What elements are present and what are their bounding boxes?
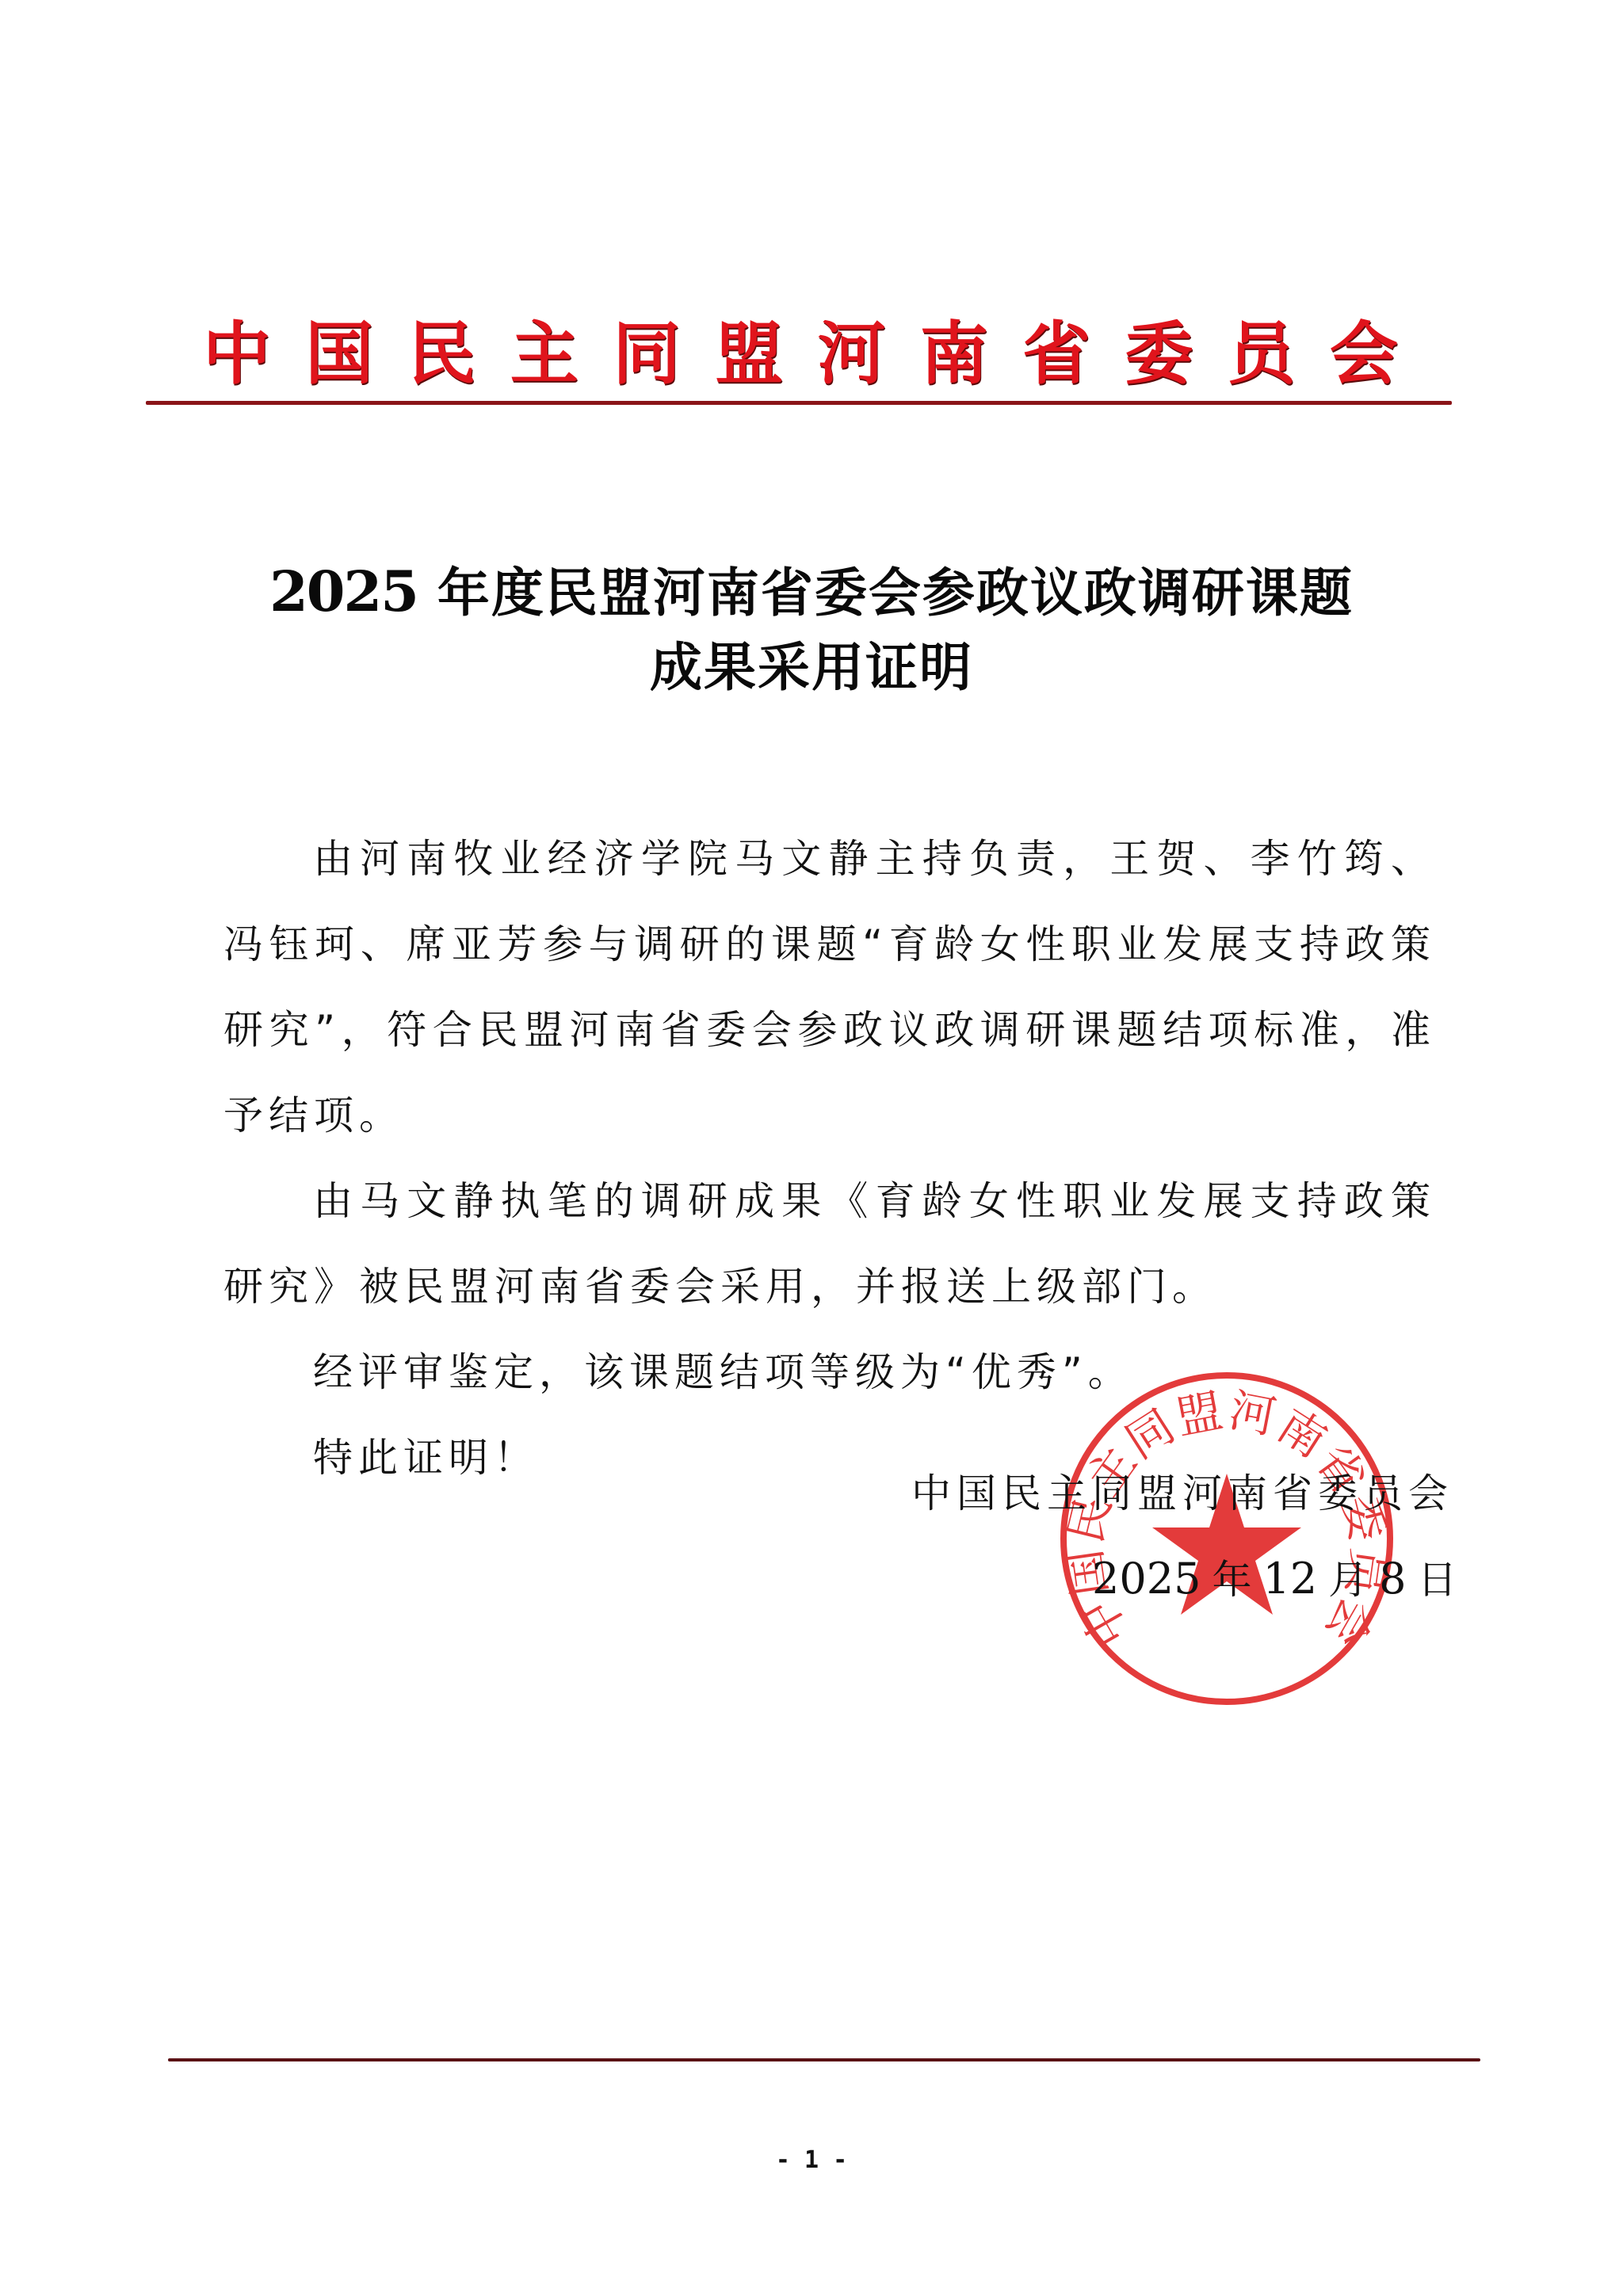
date-year: 2025 xyxy=(1092,1554,1201,1604)
letterhead-char: 主 xyxy=(510,320,579,388)
date-month-unit: 月 xyxy=(1328,1557,1368,1603)
letterhead-char: 国 xyxy=(305,320,373,388)
document-page: 中 国 民 主 同 盟 河 南 省 委 员 会 2025 年度民盟河南省委会参政… xyxy=(0,0,1623,2296)
letterhead: 中 国 民 主 同 盟 河 南 省 委 员 会 xyxy=(146,311,1453,398)
title-year: 2025 xyxy=(269,559,418,624)
document-title-line-1: 2025 年度民盟河南省委会参政议政调研课题 xyxy=(0,564,1623,620)
document-title-line-2: 成果采用证明 xyxy=(0,642,1623,694)
letterhead-char: 会 xyxy=(1330,320,1398,388)
letterhead-char: 员 xyxy=(1228,320,1296,388)
signature-date: 2025年12月8日 xyxy=(1092,1558,1468,1600)
footer-divider xyxy=(168,2058,1480,2061)
letterhead-char: 委 xyxy=(1125,320,1193,388)
letterhead-char: 省 xyxy=(1022,320,1090,388)
letterhead-char: 同 xyxy=(613,320,681,388)
date-day: 8 xyxy=(1379,1554,1406,1604)
title-line-1-text: 年度民盟河南省委会参政议政调研课题 xyxy=(418,563,1354,624)
official-seal-icon: 中国民主同盟河南省委员会 xyxy=(1052,1364,1401,1713)
date-year-unit: 年 xyxy=(1212,1557,1251,1603)
letterhead-divider xyxy=(146,401,1452,405)
signature-organization: 中国民主同盟河南省委员会 xyxy=(911,1474,1453,1513)
date-day-unit: 日 xyxy=(1418,1557,1457,1603)
letterhead-char: 盟 xyxy=(715,320,783,388)
page-number: - 1 - xyxy=(0,2149,1623,2172)
body-paragraph: 由马文静执笔的调研成果《育龄女性职业发展支持政策研究》被民盟河南省委会采用，并报… xyxy=(223,1158,1436,1329)
body-paragraph: 由河南牧业经济学院马文静主持负责，王贺、李竹筠、冯钰珂、席亚芳参与调研的课题“育… xyxy=(223,816,1436,1158)
letterhead-char: 民 xyxy=(408,320,476,388)
date-month: 12 xyxy=(1262,1554,1317,1604)
letterhead-char: 河 xyxy=(818,320,886,388)
letterhead-char: 南 xyxy=(920,320,988,388)
letterhead-char: 中 xyxy=(203,320,271,388)
